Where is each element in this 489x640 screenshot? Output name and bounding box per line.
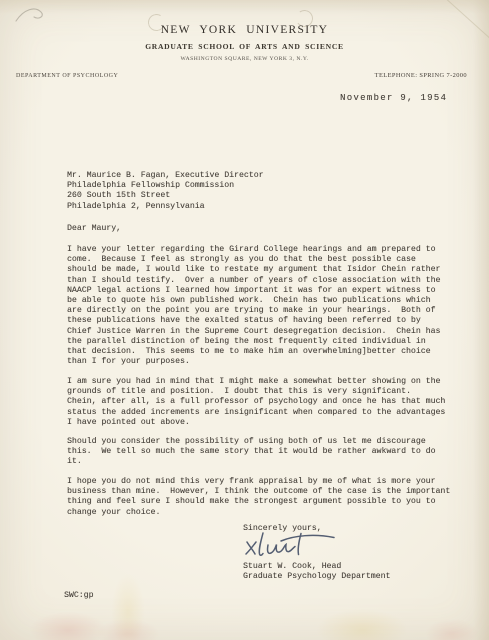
letterhead-address: WASHINGTON SQUARE, NEW YORK 3, N.Y. [0,56,489,62]
salutation: Dear Maury, [67,224,121,234]
pencil-mark [14,4,66,26]
letterhead-university: NEW YORK UNIVERSITY [0,24,489,36]
letterhead-department: DEPARTMENT OF PSYCHOLOGY [16,73,118,79]
letterhead-telephone: TELEPHONE: SPRING 7-2000 [375,72,467,79]
date-line: November 9, 1954 [340,93,447,103]
recipient-address-block: Mr. Maurice B. Fagan, Executive Director… [67,171,264,212]
signer-name: Stuart W. Cook, Head [243,562,341,572]
typist-reference-initials: SWC:gp [64,591,93,601]
body-paragraph-3: Should you consider the possibility of u… [67,437,436,468]
body-paragraph-4: I hope you do not mind this very frank a… [67,477,450,518]
signer-title: Graduate Psychology Department [243,572,390,582]
handwritten-signature [242,529,342,561]
letter-page: NEW YORK UNIVERSITY GRADUATE SCHOOL OF A… [0,0,489,640]
letterhead-school: GRADUATE SCHOOL OF ARTS AND SCIENCE [0,42,489,51]
body-paragraph-2: I am sure you had in mind that I might m… [67,377,445,428]
body-paragraph-1: I have your letter regarding the Girard … [67,245,440,367]
